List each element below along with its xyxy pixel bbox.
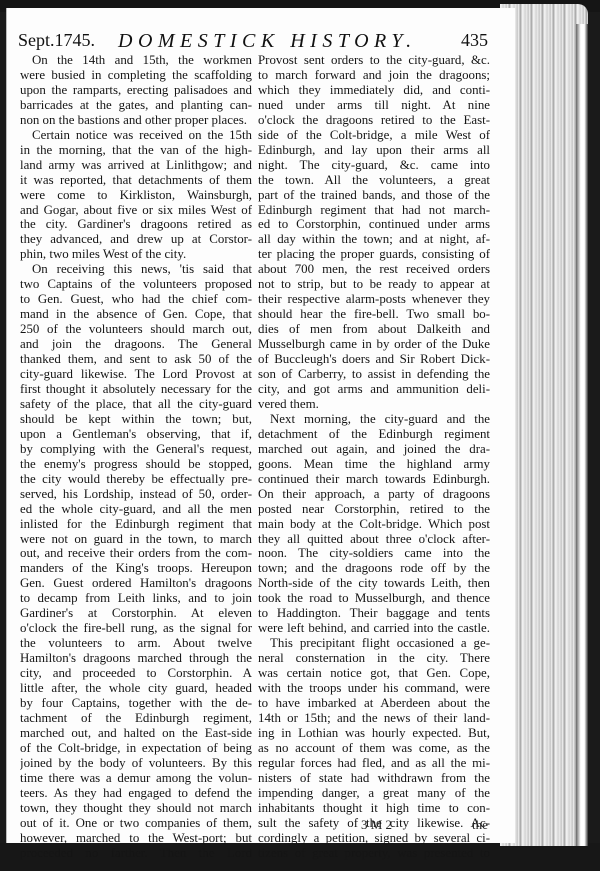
text-line: Certain notice was received on the 15th [20,128,252,143]
text-line: impending danger, a great many of the [258,786,490,801]
text-line: upon the ramparts, erecting palisadoes a… [20,83,252,98]
running-head-date: Sept.1745. [18,30,95,51]
text-line: they all quitted about three o'clock aft… [258,532,490,547]
text-line: proceeded no farther. Then the Lord [20,846,252,861]
text-line: town, they thought they should not march [20,801,252,816]
text-line: dies of men from about Dalkeith and [258,322,490,337]
text-line: Provost sent orders to the city-guard, &… [258,53,490,68]
text-line: to Gen. Guest, who had the chief com- [20,292,252,307]
text-line: On their approach, a party of dragoons [258,487,490,502]
text-line: Hamilton's dragoons marched through the [20,651,252,666]
text-line: tachment of the Edinburgh regiment, [20,711,252,726]
text-line: upon a Gentleman's observing, that if, [20,427,252,442]
text-line: teers. As they had engaged to defend the [20,786,252,801]
right-text-column: Provost sent orders to the city-guard, &… [258,53,490,860]
text-line: barricades at the gates, and planting ca… [20,98,252,113]
text-line: about 700 men, the rest received orders [258,262,490,277]
text-line: was certain notice got, that Gen. Cope, [258,666,490,681]
text-line: little after, the whole city guard, head… [20,681,252,696]
text-line: ter placing the proper guards, consistin… [258,247,490,262]
text-line: ing in Lothian was hourly expected. But, [258,726,490,741]
text-line: which they immediately did, and conti- [258,83,490,98]
text-line: night. The city-guard, &c. came into [258,158,490,173]
text-line: nued under arms till night. At nine [258,98,490,113]
text-line: by complying with the General's request, [20,442,252,457]
text-line: were left behind, and carried into the c… [258,621,490,636]
text-line: as no account of them was come, as the [258,741,490,756]
text-line: the city. Gardiner's dragoons retired as [20,217,252,232]
running-head-title: DOMESTICK HISTORY. [118,30,417,53]
text-line: marched out again, and joined the dra- [258,442,490,457]
text-line: son of Carberry, to assist in defending … [258,367,490,382]
text-line: 14th or 15th; and the news of their land… [258,711,490,726]
text-line: were come to Kirkliston, Wainsburgh, [20,188,252,203]
text-line: North-side of the city towards Leith, th… [258,576,490,591]
text-line: were busied in completing the scaffoldin… [20,68,252,83]
text-line: 250 of the volunteers should march out, [20,322,252,337]
text-line: continued their march towards Edinburgh. [258,472,490,487]
text-line: served, his Lordship, instead of 50, ord… [20,487,252,502]
text-line: out of it. One or two companies of them, [20,816,252,831]
text-line: On the 14th and 15th, the workmen [20,53,252,68]
text-line: main body at the Colt-bridge. Which post [258,517,490,532]
text-line: neral consternation in the city. There [258,651,490,666]
text-line: two Captains of the volunteers proposed [20,277,252,292]
text-line: city-guard likewise. The Lord Provost at [20,367,252,382]
text-line: should hear the fire-bell. Two small bo- [258,307,490,322]
text-line: by four Captains, together with the de- [20,696,252,711]
text-line: mand in the absence of Gen. Cope, that [20,307,252,322]
text-line: Next morning, the city-guard and the [258,412,490,427]
text-line: posted near Corstorphin, retired to the [258,502,490,517]
text-line: the town. All the volunteers, a great [258,173,490,188]
text-line: phin, two miles West of the city. [20,247,252,262]
page-number: 435 [461,30,488,51]
text-line: inhabitants thought it high time to con- [258,801,490,816]
text-line: however, marched to the West-port; but [20,831,252,846]
text-line: inlisted for the Edinburgh regiment that [20,517,252,532]
text-line: it was reported, that detachments of the… [20,173,252,188]
text-line: to Haddington. Their baggage and tents [258,606,490,621]
running-head: Sept.1745. DOMESTICK HISTORY. 435 [18,30,488,54]
text-line: vered them. [258,397,490,412]
text-line: should be kept within the town; but, [20,412,252,427]
text-line: took the road to Musselburgh, and thence [258,591,490,606]
text-line: not to strip, but to be ready to appear … [258,277,490,292]
text-line: their respective alarm-posts whenever th… [258,292,490,307]
text-line: first thought it absolutely necessary fo… [20,382,252,397]
text-line: non on the bastions and other proper pla… [20,113,252,128]
text-line: to decamp from Leith links, and to join [20,591,252,606]
text-line: they advanced, and drew up at Corstor- [20,232,252,247]
text-line: to have imbarked at Aberdeen about the [258,696,490,711]
text-line: the city would thereby be effectually pr… [20,472,252,487]
text-line: safety of the place, that all the city-g… [20,397,252,412]
text-line: detachment of the Edinburgh regiment [258,427,490,442]
text-line: part of the trained bands, and those of … [258,188,490,203]
text-line: Gardiner's at Corstorphin. At eleven [20,606,252,621]
text-line: town; and the dragoons rode off by the [258,561,490,576]
text-line: were not on guard in the town, to march [20,532,252,547]
text-line: with the troops under his command, were [258,681,490,696]
text-line: all day within the town; and at night, a… [258,232,490,247]
text-line: This precipitant flight occasioned a ge- [258,636,490,651]
text-line: marched out, and halted on the East-side [20,726,252,741]
text-line: joined by the body of volunteers. By thi… [20,756,252,771]
printer-signature-mark: 3 M 2 [361,817,392,833]
text-line: of Buccleugh's doers and Sir Robert Dick… [258,352,490,367]
text-line: city, and proceeded to Corstorphin. A [20,666,252,681]
text-line: to march forward and join the dragoons; [258,68,490,83]
text-line: the volunteers to arm. About twelve [20,636,252,651]
text-line: noon. The city-soldiers came into the [258,546,490,561]
text-line: out, and receive their orders from the c… [20,546,252,561]
text-line: regular forces had fled, and as all the … [258,756,490,771]
text-line: the enemy's progress should be stopped, [20,457,252,472]
text-line: tizens of great property, was presented … [258,846,490,861]
text-line: Gen. Guest ordered Hamilton's dragoons [20,576,252,591]
left-text-column: On the 14th and 15th, the workmenwere bu… [20,53,252,860]
text-line: Edinburgh, and lay upon their arms all [258,143,490,158]
catchword: the [472,817,488,833]
text-line: Edinburgh regiment that had not march- [258,203,490,218]
text-line: nisters of state had withdrawn from the [258,771,490,786]
text-line: o'clock the fire-bell rung, as the signa… [20,621,252,636]
text-line: and Gogar, about five or six miles West … [20,203,252,218]
text-line: in the morning, that the van of the high… [20,143,252,158]
text-line: of the Colt-bridge, in expectation of be… [20,741,252,756]
text-line: o'clock the dragoons retired to the East… [258,113,490,128]
text-line: thanked them, and sent to ask 50 of the [20,352,252,367]
text-line: ed the whole city-guard, and all the men [20,502,252,517]
text-line: Musselburgh came in by order of the Duke [258,337,490,352]
text-line: goons. Mean time the highland army [258,457,490,472]
text-line: side of the Colt-bridge, a mile West of [258,128,490,143]
text-line: and join the dragoons. The General [20,337,252,352]
text-line: city, and got arms and ammunition deli- [258,382,490,397]
text-line: manders of the King's troops. Hereupon [20,561,252,576]
text-line: time there was a demur among the volun- [20,771,252,786]
text-line: land army was arrived at Linlithgow; and [20,158,252,173]
text-line: ed to Corstorphin, continued under arms [258,217,490,232]
text-line: On receiving this news, 'tis said that [20,262,252,277]
